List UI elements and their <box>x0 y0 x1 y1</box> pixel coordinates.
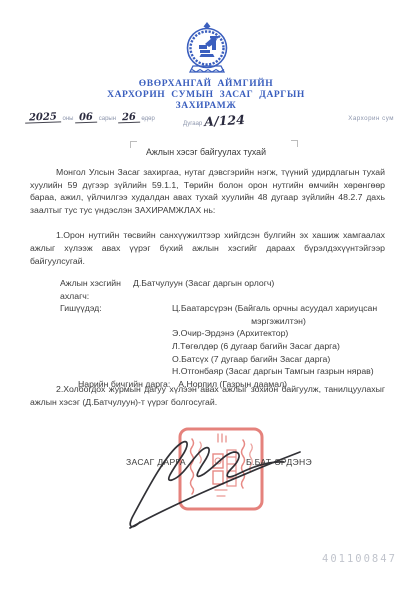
members-list: Ц.Баатарсүрэн (Байгаль орчны асуудал хар… <box>172 302 385 378</box>
month-handwritten: 06 <box>75 113 97 124</box>
day-handwritten: 26 <box>118 113 140 124</box>
paragraph-clause-1: 1.Орон нутгийн төсвийн санхүүжилтээр хий… <box>30 229 385 267</box>
roster-members-row: Гишүүдэд: Ц.Баатарсүрэн (Байгаль орчны а… <box>30 302 385 378</box>
signer-position-label: ЗАСАГ ДАРГА <box>126 457 186 467</box>
serial-number: 401100847 <box>322 553 397 565</box>
roster-leader-row: Ажлын хэсгийн ахлагч: Д.Батчулуун (Засаг… <box>30 277 385 302</box>
document-title: Ажлын хэсэг байгуулах тухай <box>0 147 412 157</box>
paragraph-legal-basis: Монгол Улсын Засаг захиргаа, нутаг дэвсг… <box>30 166 385 216</box>
working-group-roster: Ажлын хэсгийн ахлагч: Д.Батчулуун (Засаг… <box>30 277 385 390</box>
number-label: Дугаар <box>183 121 202 127</box>
org-line-2: ХАРХОРИН СУМЫН ЗАСАГ ДАРГЫН <box>0 90 412 101</box>
year-handwritten: 2025 <box>25 112 61 123</box>
month-label: сарын <box>99 116 116 122</box>
place-label: Хархорин сум <box>348 115 394 122</box>
paragraph-clause-2: 2.Холбогдох журмын дагуу хүлээн авах ажл… <box>30 383 385 408</box>
dateline: 2025 оны 06 сарын 26 өдөр Дугаар А/124 Х… <box>0 111 412 129</box>
org-line-1: ӨВӨРХАНГАЙ АЙМГИЙН <box>0 79 412 90</box>
crop-mark-right <box>291 140 298 147</box>
number-field: Дугаар А/124 <box>183 113 245 128</box>
member-item: Л.Төгөлдөр (6 дугаар багийн Засаг дарга) <box>172 340 385 353</box>
year-label: оны <box>63 116 74 122</box>
leader-name: Д.Батчулуун (Засаг даргын орлогч) <box>133 277 385 290</box>
member-item: Ц.Баатарсүрэн (Байгаль орчны асуудал хар… <box>172 302 385 315</box>
org-line-3: ЗАХИРАМЖ <box>0 101 412 112</box>
date-fields: 2025 оны 06 сарын 26 өдөр <box>25 113 155 123</box>
leader-label: Ажлын хэсгийн ахлагч: <box>60 277 133 302</box>
organization-header: ӨВӨРХАНГАЙ АЙМГИЙН ХАРХОРИН СУМЫН ЗАСАГ … <box>0 79 412 111</box>
number-handwritten: А/124 <box>204 112 246 129</box>
member-item: О.Батсүх (7 дугаар багийн Засаг дарга) <box>172 353 385 366</box>
members-label: Гишүүдэд: <box>60 302 172 315</box>
day-label: өдөр <box>141 116 155 122</box>
signer-name: Б.БАТ-ЭРДЭНЭ <box>246 457 312 467</box>
member-item: Э.Очир-Эрдэнэ (Архитектор) <box>172 327 385 340</box>
body-text: Монгол Улсын Засаг захиргаа, нутаг дэвсг… <box>30 166 385 280</box>
decree-document-page: ӨВӨРХАНГАЙ АЙМГИЙН ХАРХОРИН СУМЫН ЗАСАГ … <box>0 0 412 591</box>
state-emblem-icon <box>179 21 235 79</box>
handwritten-signature <box>112 416 312 531</box>
body-text-2: 2.Холбогдох журмын дагуу хүлээн авах ажл… <box>30 383 385 408</box>
member-item-wrap: мэргэжилтэн) <box>172 315 385 328</box>
member-item: Н.Отгонбаяр (Засаг даргын Тамгын газрын … <box>172 365 385 378</box>
